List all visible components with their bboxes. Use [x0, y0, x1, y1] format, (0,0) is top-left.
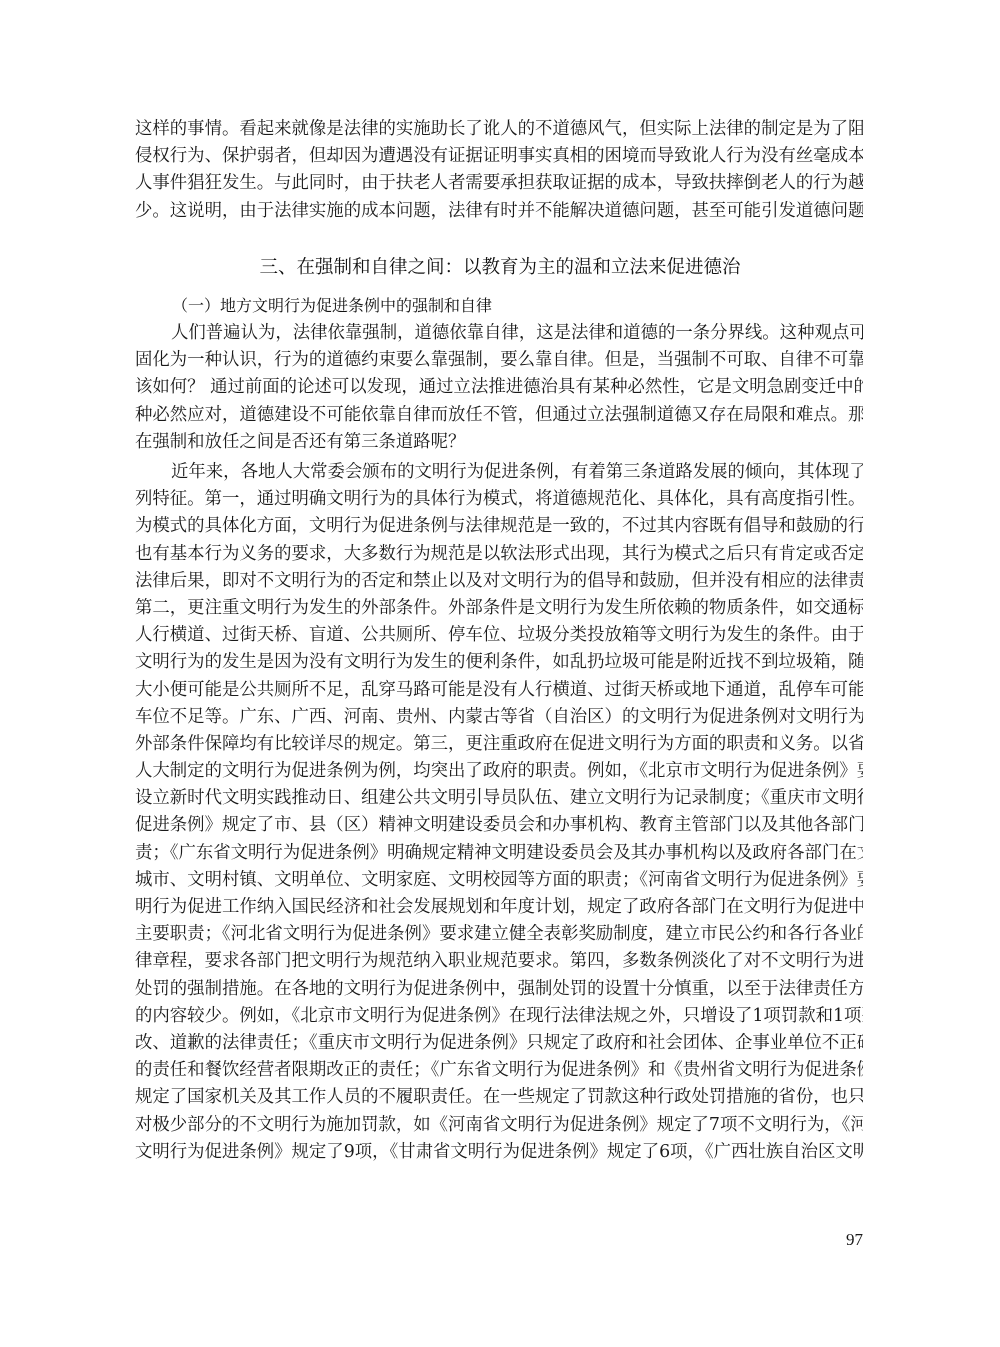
- text-line: 第二，更注重文明行为发生的外部条件。外部条件是文明行为发生所依赖的物质条件，如交…: [135, 595, 863, 622]
- text-line: 设立新时代文明实践推动日、组建公共文明引导员队伍、建立文明行为记录制度；《重庆市…: [135, 785, 863, 812]
- text-line: 明行为促进工作纳入国民经济和社会发展规划和年度计划，规定了政府各部门在文明行为促…: [135, 894, 863, 921]
- text-line: 法律后果，即对不文明行为的否定和禁止以及对文明行为的倡导和鼓励，但并没有相应的法…: [135, 568, 863, 595]
- text-line: 文明行为的发生是因为没有文明行为发生的便利条件，如乱扔垃圾可能是附近找不到垃圾箱…: [135, 649, 863, 676]
- paragraph-continuation: 这样的事情。看起来就像是法律的实施助长了讹人的不道德风气，但实际上法律的制定是为…: [135, 116, 863, 225]
- text-line: 大小便可能是公共厕所不足，乱穿马路可能是没有人行横道、过街天桥或地下通道，乱停车…: [135, 677, 863, 704]
- text-line: 少。这说明，由于法律实施的成本问题，法律有时并不能解决道德问题，甚至可能引发道德…: [135, 198, 863, 225]
- text-line: 列特征。第一，通过明确文明行为的具体行为模式，将道德规范化、具体化，具有高度指引…: [135, 486, 863, 513]
- paragraph: 人们普遍认为，法律依靠强制，道德依靠自律，这是法律和道德的一条分界线。这种观点可…: [135, 320, 863, 456]
- text-line: 该如何？ 通过前面的论述可以发现，通过立法推进德治具有某种必然性，它是文明急剧变…: [135, 374, 863, 401]
- text-line: 人们普遍认为，法律依靠强制，道德依靠自律，这是法律和道德的一条分界线。这种观点可…: [135, 320, 863, 347]
- text-line: 这样的事情。看起来就像是法律的实施助长了讹人的不道德风气，但实际上法律的制定是为…: [135, 116, 863, 143]
- text-line: 促进条例》规定了市、县（区）精神文明建设委员会和办事机构、教育主管部门以及其他各…: [135, 812, 863, 839]
- text-line: 责；《广东省文明行为促进条例》明确规定精神文明建设委员会及其办事机构以及政府各部…: [135, 840, 863, 867]
- text-line: 处罚的强制措施。在各地的文明行为促进条例中，强制处罚的设置十分慎重，以至于法律责…: [135, 976, 863, 1003]
- text-line: 外部条件保障均有比较详尽的规定。第三，更注重政府在促进文明行为方面的职责和义务。…: [135, 731, 863, 758]
- text-line: 人行横道、过街天桥、盲道、公共厕所、停车位、垃圾分类投放箱等文明行为发生的条件。…: [135, 622, 863, 649]
- text-line: 人事件猖狂发生。与此同时，由于扶老人者需要承担获取证据的成本，导致扶摔倒老人的行…: [135, 170, 863, 197]
- section-heading: 三、在强制和自律之间：以教育为主的温和立法来促进德治: [0, 255, 1000, 281]
- text-line: 城市、文明村镇、文明单位、文明家庭、文明校园等方面的职责；《河南省文明行为促进条…: [135, 867, 863, 894]
- text-line: 主要职责；《河北省文明行为促进条例》要求建立健全表彰奖励制度，建立市民公约和各行…: [135, 921, 863, 948]
- text-line: 文明行为促进条例》规定了9项，《甘肃省文明行为促进条例》规定了6项，《广西壮族自…: [135, 1139, 863, 1166]
- text-line: 近年来，各地人大常委会颁布的文明行为促进条例，有着第三条道路发展的倾向，其体现了…: [135, 459, 863, 486]
- text-line: 车位不足等。广东、广西、河南、贵州、内蒙古等省（自治区）的文明行为促进条例对文明…: [135, 704, 863, 731]
- page-number: 97: [846, 1230, 863, 1250]
- text-line: 为模式的具体化方面，文明行为促进条例与法律规范是一致的，不过其内容既有倡导和鼓励…: [135, 513, 863, 540]
- text-line: 律章程，要求各部门把文明行为规范纳入职业规范要求。第四，多数条例淡化了对不文明行…: [135, 948, 863, 975]
- text-line: 人大制定的文明行为促进条例为例，均突出了政府的职责。例如，《北京市文明行为促进条…: [135, 758, 863, 785]
- text-line: 侵权行为、保护弱者，但却因为遭遇没有证据证明事实真相的困境而导致讹人行为没有丝毫…: [135, 143, 863, 170]
- text-line: 也有基本行为义务的要求，大多数行为规范是以软法形式出现，其行为模式之后只有肯定或…: [135, 541, 863, 568]
- paragraph: 近年来，各地人大常委会颁布的文明行为促进条例，有着第三条道路发展的倾向，其体现了…: [135, 459, 863, 1166]
- text-line: 在强制和放任之间是否还有第三条道路呢？: [135, 429, 863, 456]
- text-line: 对极少部分的不文明行为施加罚款，如《河南省文明行为促进条例》规定了7项不文明行为…: [135, 1112, 863, 1139]
- text-line: 改、道歉的法律责任；《重庆市文明行为促进条例》只规定了政府和社会团体、企事业单位…: [135, 1030, 863, 1057]
- subsection-heading: （一）地方文明行为促进条例中的强制和自律: [172, 294, 492, 318]
- text-line: 的内容较少。例如，《北京市文明行为促进条例》在现行法律法规之外，只增设了1项罚款…: [135, 1003, 863, 1030]
- text-line: 固化为一种认识，行为的道德约束要么靠强制，要么靠自律。但是，当强制不可取、自律不…: [135, 347, 863, 374]
- text-line: 的责任和餐饮经营者限期改正的责任；《广东省文明行为促进条例》和《贵州省文明行为促…: [135, 1057, 863, 1084]
- text-line: 种必然应对，道德建设不可能依靠自律而放任不管，但通过立法强制道德又存在局限和难点…: [135, 402, 863, 429]
- text-line: 规定了国家机关及其工作人员的不履职责任。在一些规定了罚款这种行政处罚措施的省份，…: [135, 1084, 863, 1111]
